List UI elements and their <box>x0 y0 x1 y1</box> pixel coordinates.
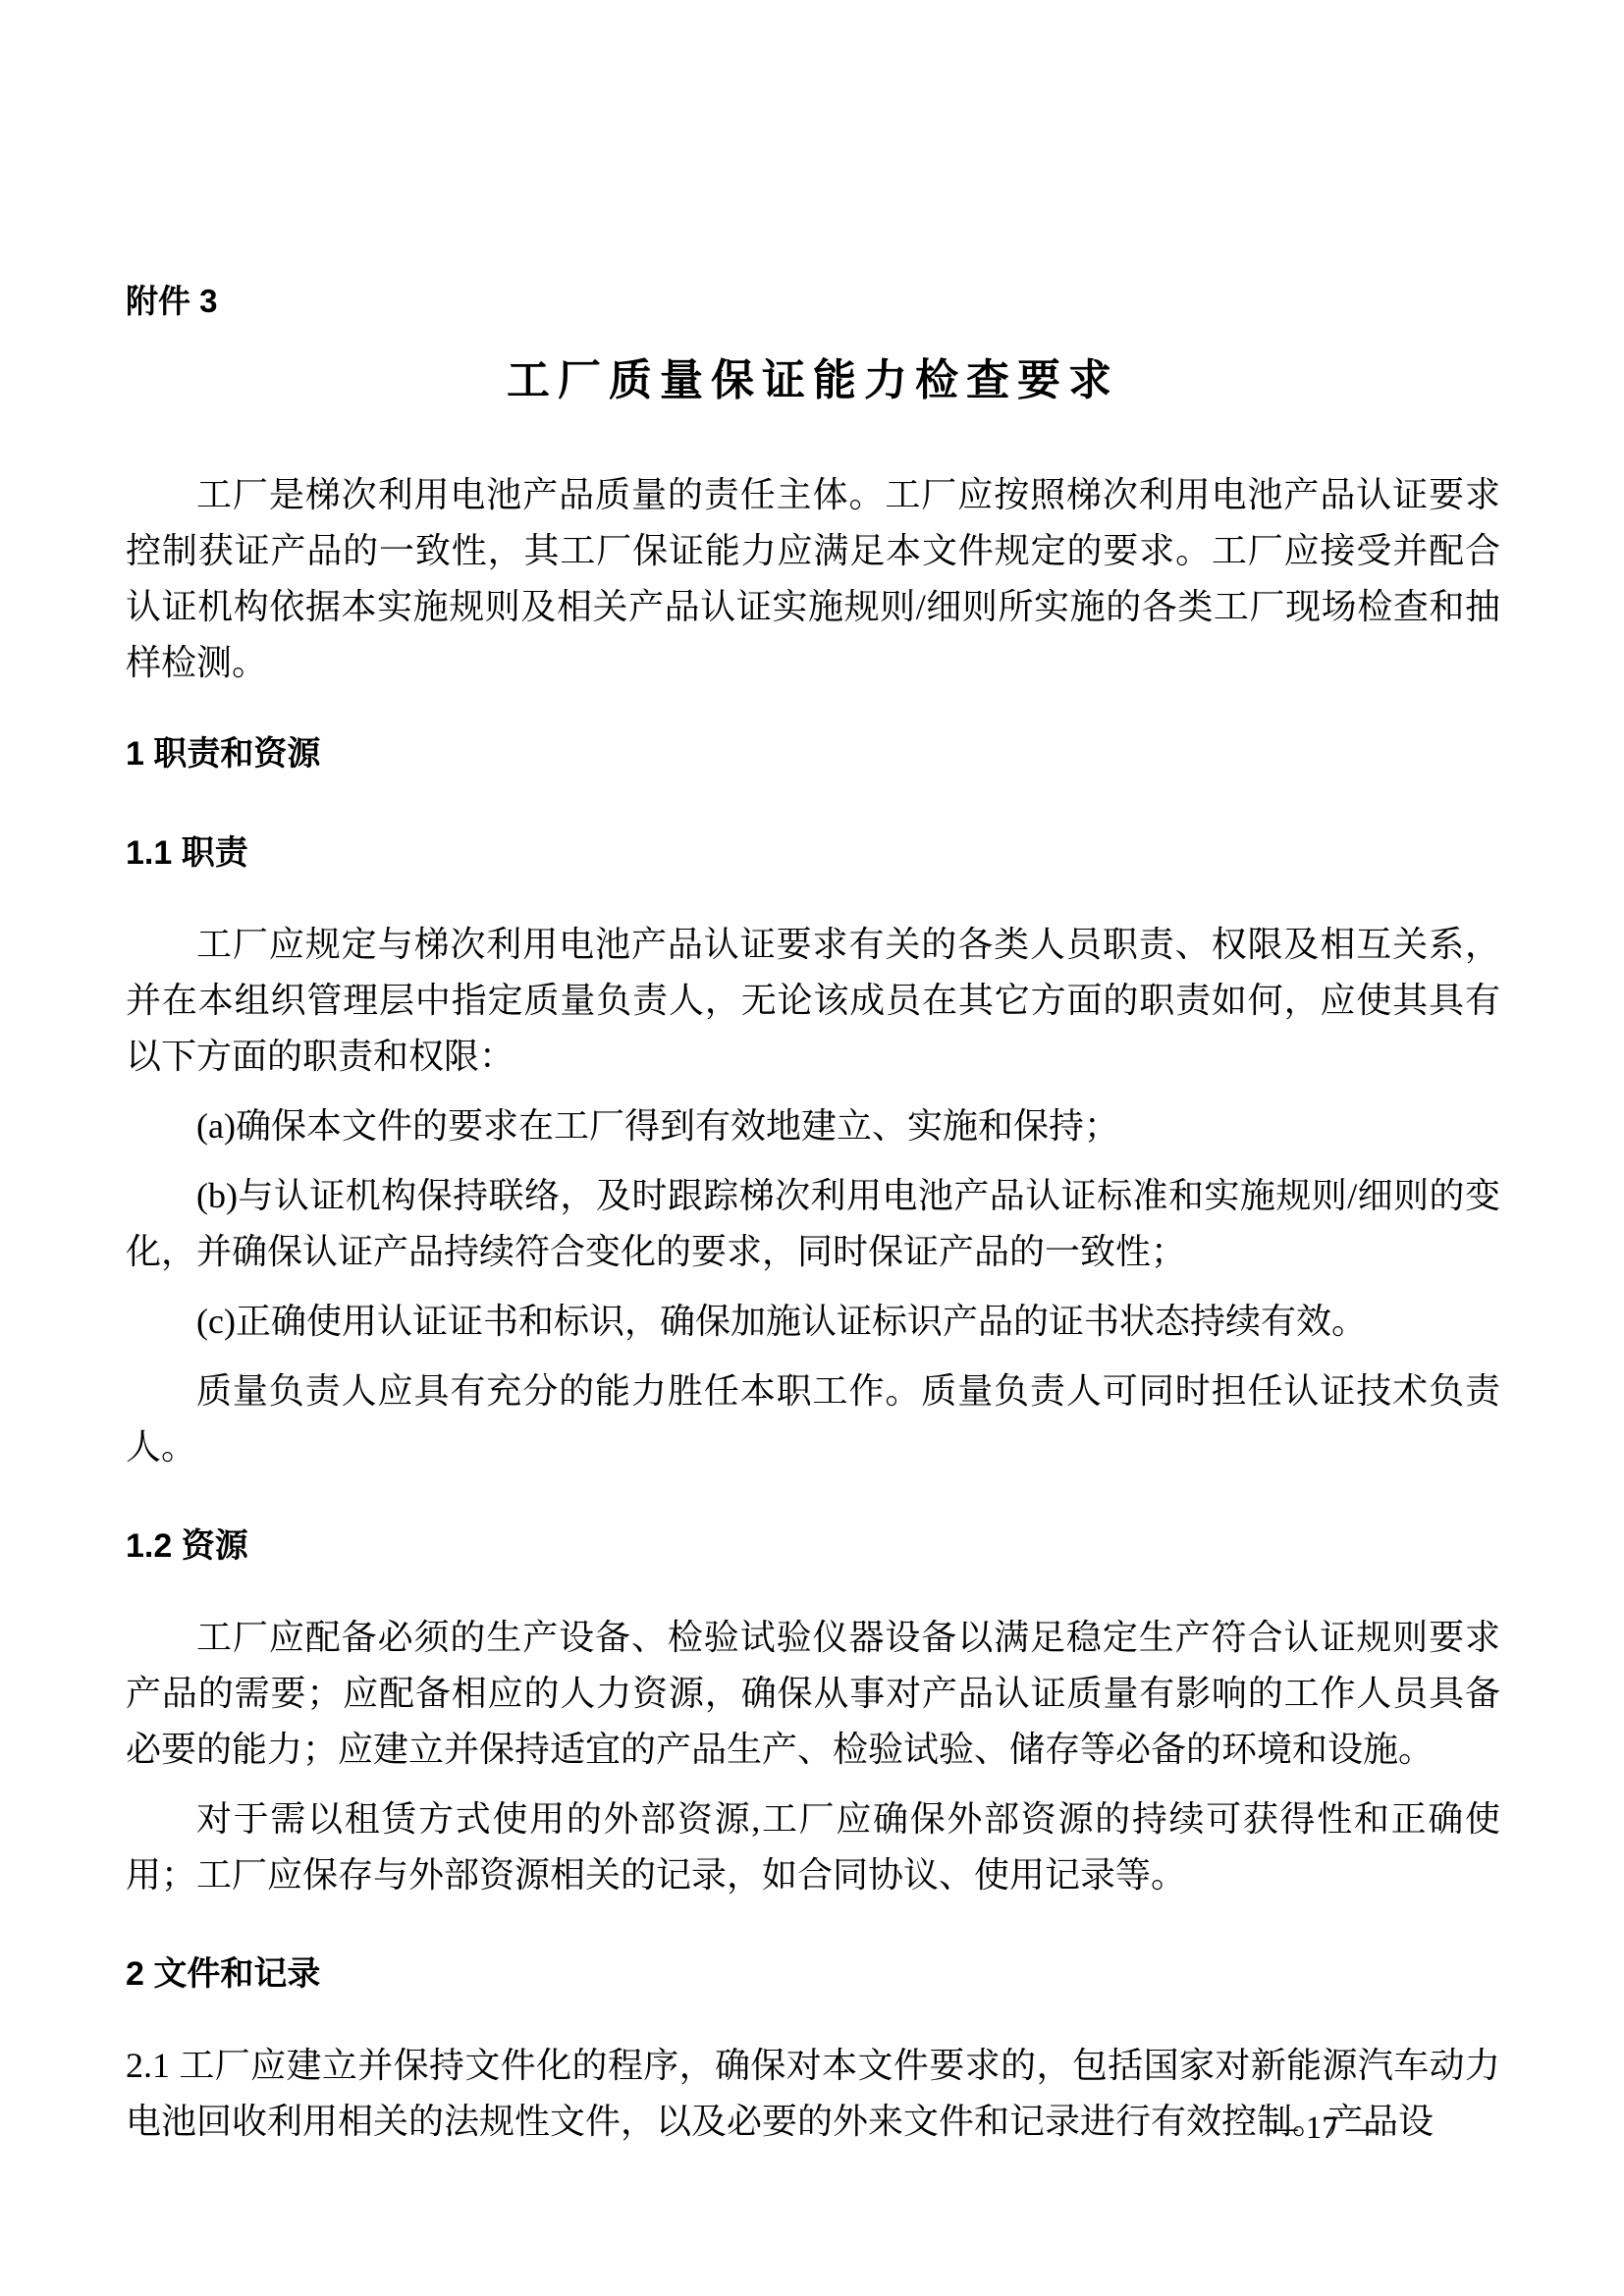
section-1-1-closing-paragraph: 质量负责人应具有充分的能力胜任本职工作。质量负责人可同时担任认证技术负责人。 <box>126 1363 1500 1475</box>
section-1-heading: 1 职责和资源 <box>126 726 1500 782</box>
document-page: 附件 3 工厂质量保证能力检查要求 工厂是梯次利用电池产品质量的责任主体。工厂应… <box>0 0 1624 2296</box>
section-1-2-heading: 1.2 资源 <box>126 1519 1500 1575</box>
document-title: 工厂质量保证能力检查要求 <box>126 348 1500 413</box>
section-1-2-paragraph-1: 工厂应配备必须的生产设备、检验试验仪器设备以满足稳定生产符合认证规则要求产品的需… <box>126 1610 1500 1778</box>
list-item-a: (a)确保本文件的要求在工厂得到有效地建立、实施和保持； <box>126 1098 1500 1154</box>
intro-paragraph: 工厂是梯次利用电池产品质量的责任主体。工厂应按照梯次利用电池产品认证要求控制获证… <box>126 467 1500 691</box>
page-number: — 17 — <box>1266 2109 1380 2148</box>
section-1-1-heading: 1.1 职责 <box>126 826 1500 881</box>
attachment-label: 附件 3 <box>126 273 1500 329</box>
section-2-heading: 2 文件和记录 <box>126 1947 1500 2002</box>
list-item-b: (b)与认证机构保持联络，及时跟踪梯次利用电池产品认证标准和实施规则/细则的变化… <box>126 1168 1500 1280</box>
section-1-1-intro-paragraph: 工厂应规定与梯次利用电池产品认证要求有关的各类人员职责、权限及相互关系，并在本组… <box>126 917 1500 1085</box>
list-item-c: (c)正确使用认证证书和标识，确保加施认证标识产品的证书状态持续有效。 <box>126 1294 1500 1350</box>
section-1-2-paragraph-2: 对于需以租赁方式使用的外部资源,工厂应确保外部资源的持续可获得性和正确使用；工厂… <box>126 1791 1500 1903</box>
